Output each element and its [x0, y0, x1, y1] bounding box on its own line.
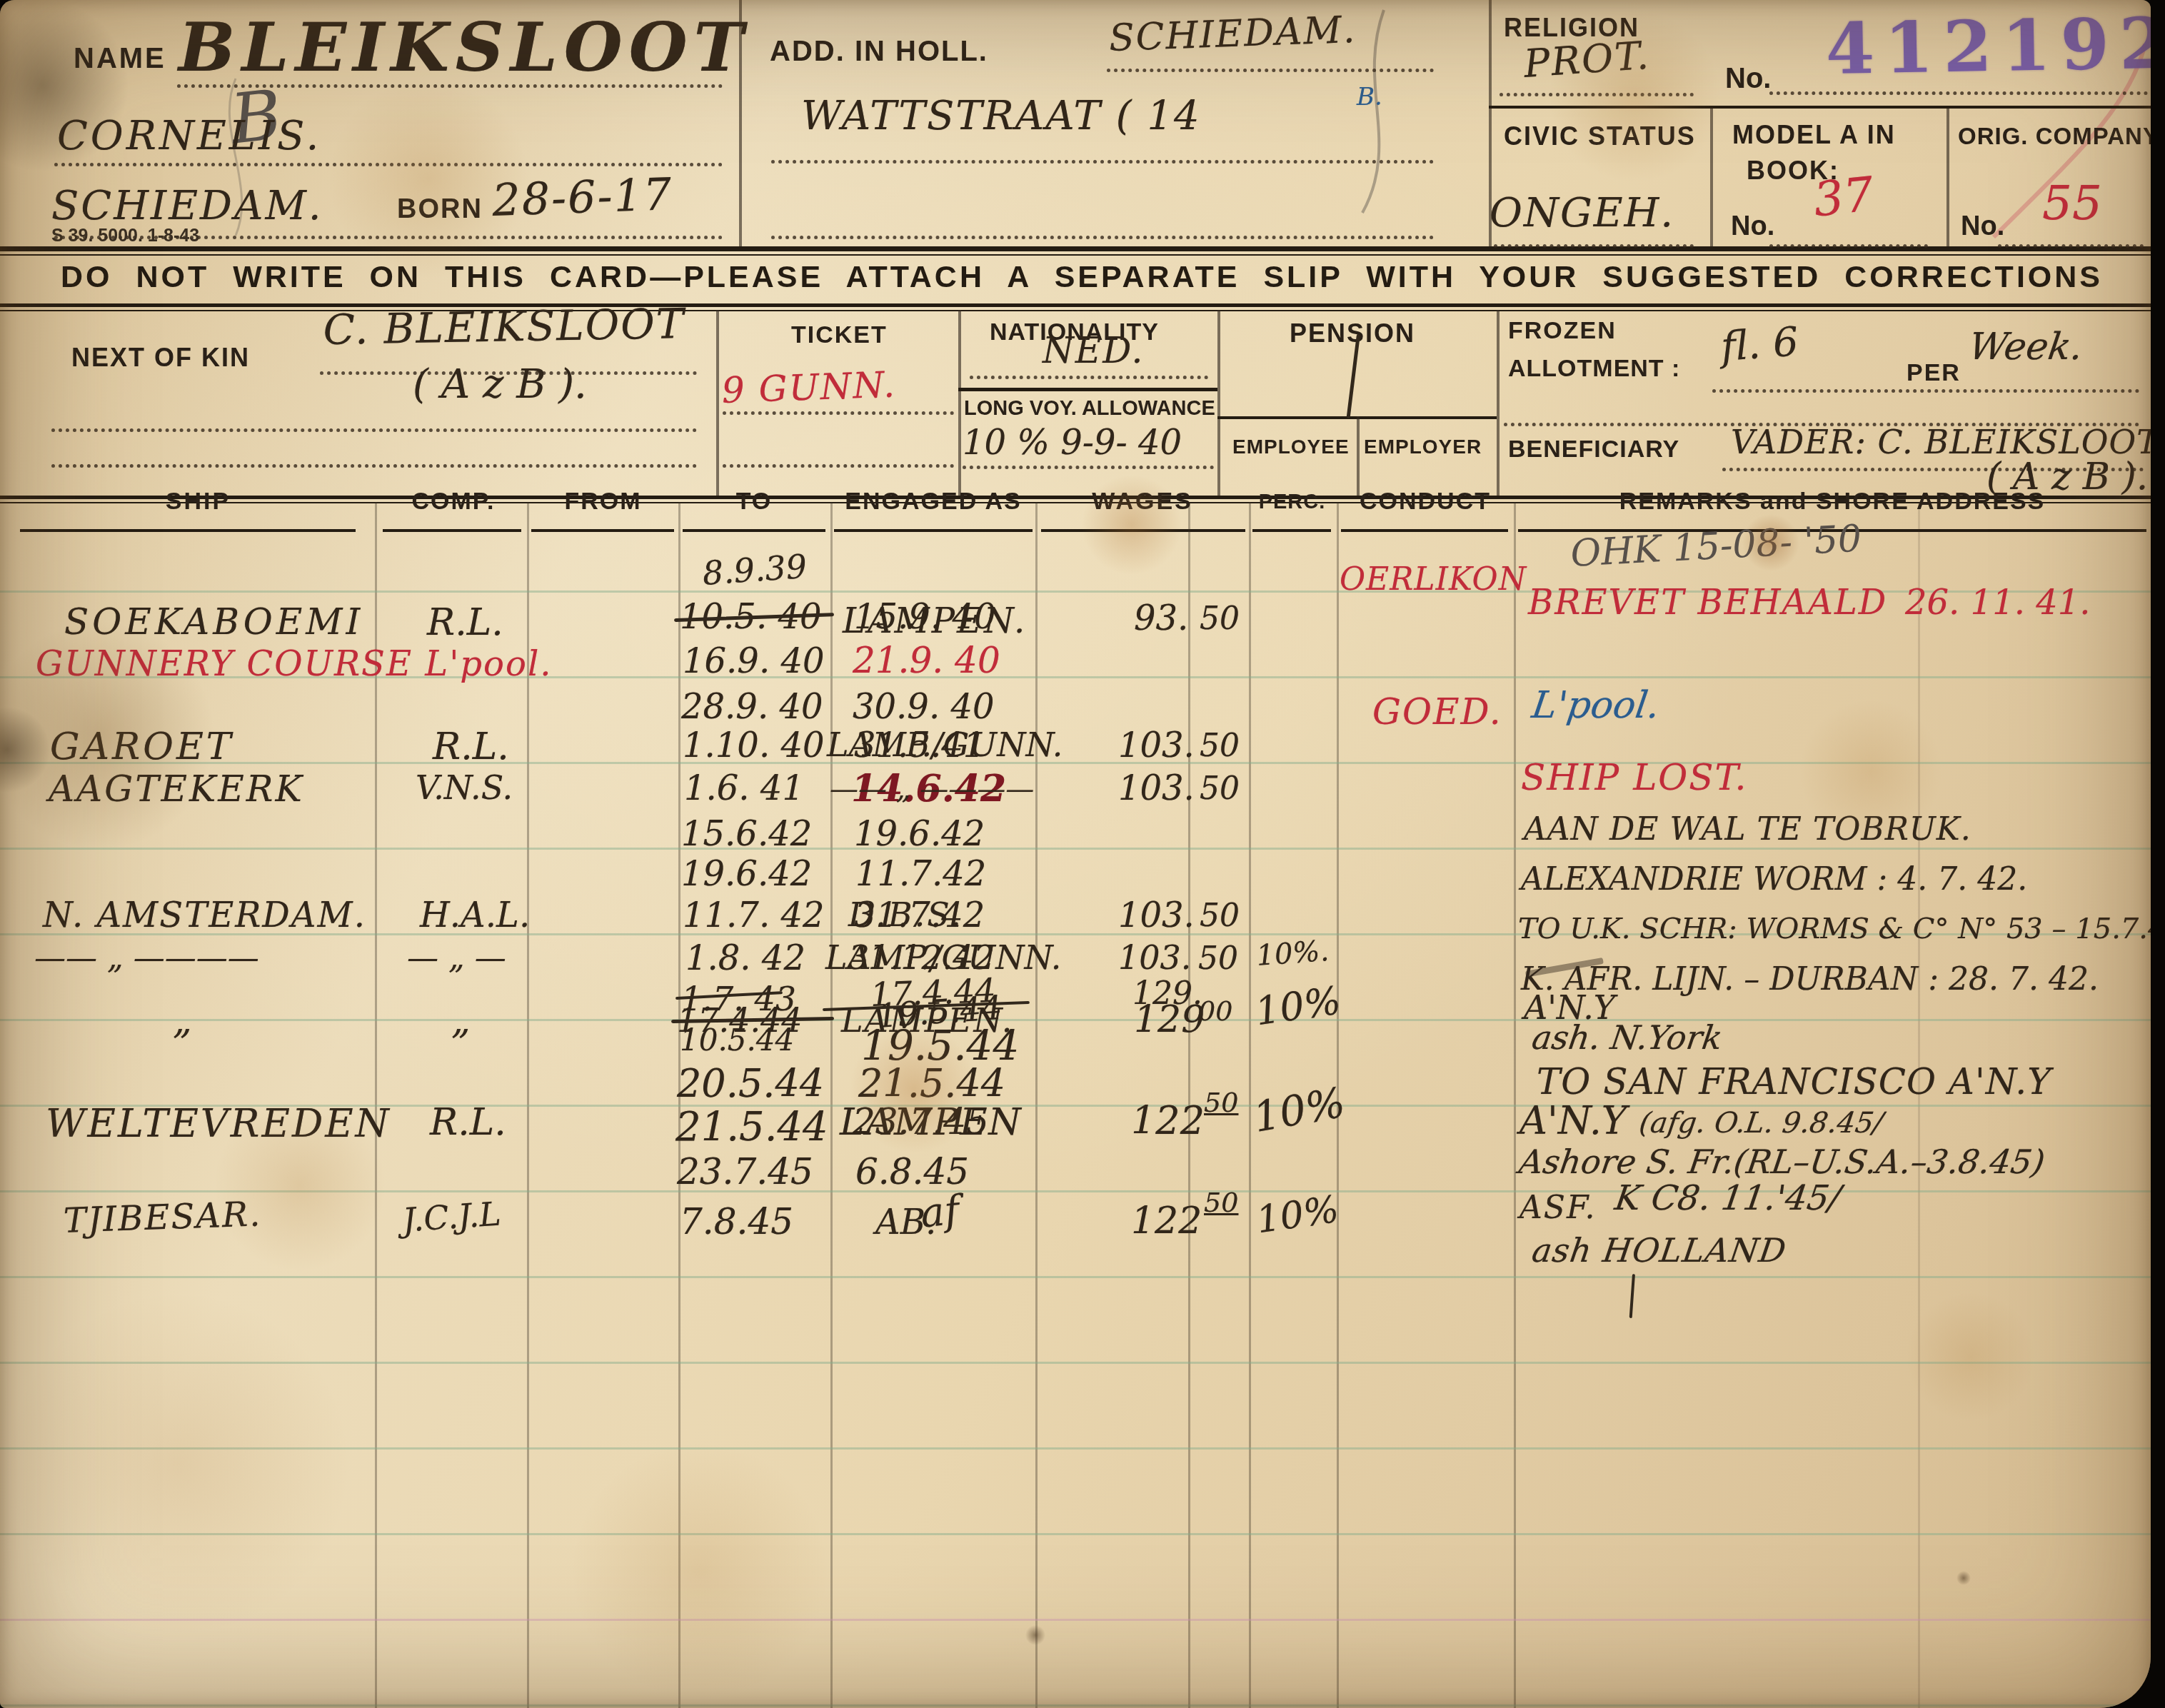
handwritten-entry: ASF.	[1519, 1190, 1597, 1226]
handwritten-entry: 19.6.42	[681, 854, 812, 894]
printed-label: No.	[1961, 211, 2004, 242]
handwritten-entry: 26. 11. 41.	[1905, 583, 2091, 623]
handwritten-entry: 10%.	[1255, 935, 1330, 973]
printed-label: ADD. IN HOLL.	[770, 36, 988, 68]
printed-label: FROM	[530, 488, 676, 516]
handwritten-entry: H.A.L.	[420, 895, 530, 935]
handwritten-entry: 1.10. 40	[683, 725, 824, 765]
handwritten-entry: SCHIEDAM.	[1108, 9, 1357, 60]
ruled-line	[0, 1019, 2151, 1021]
record-card: DO NOT WRITE ON THIS CARD—PLEASE ATTACH …	[0, 0, 2151, 1708]
paper-stain	[1907, 1292, 2035, 1421]
printed-label: No.	[1725, 63, 1771, 95]
handwritten-entry: „	[451, 1000, 471, 1043]
dotted-writing-line	[51, 464, 697, 468]
printed-label: MODEL A IN	[1732, 120, 1896, 150]
handwritten-entry: 50	[1198, 940, 1238, 977]
handwritten-entry: LAMP./GUNN.	[827, 725, 1063, 764]
handwritten-entry: C. BLEIKSLOOT	[323, 299, 685, 354]
column-line	[1947, 106, 1949, 246]
rule-line	[531, 529, 674, 532]
handwritten-entry: 00	[1198, 995, 1232, 1027]
paper-stain	[1742, 514, 1799, 571]
rule-line	[1341, 529, 1508, 532]
handwritten-entry: 93.	[1134, 598, 1188, 638]
ruled-line	[0, 848, 2151, 850]
handwritten-entry: R.L.	[433, 725, 509, 768]
paper-stain	[1549, 11, 1721, 182]
handwritten-entry: 103.	[1118, 895, 1195, 935]
dotted-writing-line	[51, 428, 697, 432]
handwritten-entry: —— „ ————	[34, 940, 259, 976]
handwritten-entry: 412192	[1825, 2, 2151, 91]
handwritten-entry: 50	[1204, 1187, 1238, 1218]
column-line	[1217, 310, 1220, 496]
rule-line	[683, 529, 825, 532]
printed-label: TO	[680, 488, 828, 516]
handwritten-entry: TO SAN FRANCISCO A'N.Y	[1537, 1061, 2051, 1102]
printed-label: CONDUCT	[1340, 488, 1511, 516]
scanned-card-photo: DO NOT WRITE ON THIS CARD—PLEASE ATTACH …	[0, 0, 2165, 1708]
handwritten-entry: ONGEH.	[1490, 190, 1674, 236]
handwritten-entry: N. AMSTERDAM.	[43, 895, 366, 935]
ruled-line	[0, 1619, 2151, 1621]
handwritten-entry: WATTSTRAAT ( 14	[801, 93, 1201, 139]
paper-stain	[1956, 1571, 1971, 1585]
printed-label: No.	[1731, 211, 1774, 242]
dotted-writing-line	[1769, 244, 1928, 248]
handwritten-entry: 50	[1204, 1087, 1238, 1118]
handwritten-entry: 37	[1811, 166, 1877, 227]
printed-label: ORIG. COMPANY	[1958, 123, 2151, 150]
handwritten-entry: 21.5.44	[675, 1104, 828, 1150]
handwritten-entry: 20.5.44	[677, 1061, 824, 1106]
handwritten-entry: 6.8.45	[855, 1151, 969, 1192]
column-line	[1357, 416, 1360, 496]
dotted-writing-line	[1998, 244, 2144, 248]
printed-label: COMP.	[382, 488, 525, 516]
rule-line	[958, 388, 1217, 391]
handwritten-entry: 1.6. 41	[684, 768, 804, 808]
handwritten-entry: 10.5.44	[680, 1023, 794, 1058]
handwritten-entry: K C8. 11.'45/	[1612, 1178, 1844, 1218]
printed-label: NEXT OF KIN	[71, 343, 250, 373]
handwritten-entry: 19.6.42	[854, 814, 985, 854]
handwritten-entry: Ashore S. Fr.(RL–U.S.A.–3.8.45)	[1517, 1142, 2047, 1181]
handwritten-entry: 11.7. 42	[683, 895, 824, 935]
printed-label: SHIP	[21, 488, 375, 516]
pencil-curve	[1362, 10, 1384, 213]
paper-stain	[1799, 700, 1942, 843]
handwritten-entry: A'N.Y	[1519, 1098, 1627, 1143]
printed-label: EMPLOYEE	[1232, 436, 1350, 458]
column-line	[716, 310, 719, 496]
printed-label: TICKET	[791, 321, 888, 349]
handwritten-entry: ash. N.York	[1529, 1018, 1724, 1057]
ruled-line	[0, 1362, 2151, 1364]
handwritten-entry: J.C.J.L	[401, 1194, 502, 1239]
rule-line	[1252, 529, 1331, 532]
handwritten-entry: ash HOLLAND	[1529, 1231, 1789, 1270]
printed-label: ENGAGED AS	[834, 488, 1033, 516]
handwritten-entry: 122	[1131, 1200, 1202, 1242]
handwritten-entry: 129	[1134, 998, 1205, 1041]
dotted-writing-line	[963, 466, 1214, 469]
handwritten-entry: 55	[2042, 176, 2102, 231]
handwritten-entry: Week.	[1966, 326, 2086, 368]
dotted-writing-line	[723, 411, 954, 415]
handwritten-entry: 16.9. 40	[683, 641, 824, 681]
dotted-writing-line	[771, 160, 1434, 164]
handwritten-entry: AB.	[875, 1202, 936, 1242]
dotted-writing-line	[723, 464, 954, 468]
handwritten-entry: TO U.K. SCHR: WORMS & C° N° 53 – 15.7.42	[1518, 913, 2151, 945]
handwritten-entry: R.L.	[427, 601, 503, 644]
handwritten-entry: 9 GUNN.	[721, 363, 897, 411]
handwritten-entry: SCHIEDAM.	[51, 183, 323, 229]
ruled-line	[0, 1276, 2151, 1278]
handwritten-entry: B.	[1357, 83, 1382, 111]
handwritten-entry: 30.9. 40	[853, 687, 994, 727]
printed-label: PERC.	[1251, 491, 1333, 514]
paper-stain	[328, 79, 528, 278]
column-line	[958, 310, 961, 496]
handwritten-entry: 7.8.45	[680, 1201, 793, 1242]
ruled-line	[0, 1704, 2151, 1707]
handwritten-entry: ALEXANDRIE WORM : 4. 7. 42.	[1521, 861, 2027, 898]
handwritten-entry: L'pool.	[1529, 684, 1662, 727]
handwritten-entry: OERLIKON	[1340, 561, 1527, 598]
handwritten-entry: fl. 6	[1719, 318, 1800, 370]
dotted-writing-line	[1494, 244, 1694, 248]
printed-label: PER	[1907, 359, 1961, 387]
handwritten-entry: 1.8. 42	[685, 938, 805, 978]
handwritten-entry: 23.7.45	[677, 1151, 813, 1192]
paper-stain	[214, 1100, 386, 1271]
handwritten-entry: 103.	[1118, 768, 1195, 808]
handwritten-entry: 28.9. 40	[681, 687, 823, 727]
printed-label: LONG VOY. ALLOWANCE	[964, 397, 1215, 421]
handwritten-entry: ( A z B ).	[413, 361, 587, 408]
handwritten-entry: 21.9. 40	[853, 640, 1000, 681]
paper-stain	[1082, 475, 1182, 575]
handwritten-entry: 103.	[1118, 938, 1191, 977]
handwritten-entry: LAMP./GUNN.	[825, 938, 1061, 977]
paper-stain	[1025, 1625, 1045, 1645]
handwritten-entry: BREVET BEHAALD	[1528, 583, 1887, 623]
handwritten-entry: 50	[1200, 898, 1240, 934]
dotted-writing-line	[1769, 91, 2148, 95]
rule-line	[0, 254, 2151, 256]
printed-label: EMPLOYER	[1364, 436, 1482, 458]
handwritten-entry: 15.6.42	[681, 814, 812, 854]
handwritten-entry: R.L.	[430, 1101, 506, 1144]
printed-label: FROZEN	[1508, 317, 1617, 345]
dotted-writing-line	[771, 236, 1434, 239]
rule-line	[20, 529, 356, 532]
dotted-writing-line	[1712, 389, 2139, 393]
handwritten-entry: D.B.S.	[848, 895, 963, 934]
handwritten-entry: 50	[1200, 728, 1240, 764]
printed-label: ALLOTMENT :	[1508, 355, 1680, 383]
handwritten-entry: 50	[1200, 770, 1240, 807]
handwritten-entry: 10 % 9-9- 40	[963, 423, 1182, 463]
rule-line	[834, 529, 1033, 532]
paper-stain	[850, 1025, 978, 1153]
dotted-writing-line	[970, 376, 1208, 379]
handwritten-entry: 8.9.39	[701, 547, 808, 593]
printed-label: BENEFICIARY	[1508, 436, 1679, 463]
handwritten-entry: NED.	[1043, 330, 1144, 371]
dotted-writing-line	[1107, 69, 1434, 72]
handwritten-entry: 122	[1131, 1098, 1205, 1143]
handwritten-entry: GOED.	[1372, 691, 1502, 733]
handwritten-entry: —— „ ————	[830, 773, 1034, 805]
handwritten-entry: 11.7.42	[855, 854, 986, 894]
column-line	[1497, 310, 1500, 496]
handwritten-entry: (afg. O.L. 9.8.45/	[1637, 1107, 1886, 1140]
handwritten-entry: V.N.S.	[416, 768, 513, 807]
handwritten-entry: „	[173, 1000, 192, 1043]
handwritten-entry: SHIP LOST.	[1521, 757, 1748, 798]
paper-stain	[7, 1292, 350, 1635]
handwritten-entry: — „ —	[407, 940, 506, 976]
handwritten-entry: 103.	[1118, 725, 1195, 765]
handwritten-entry: LAMPEN.	[843, 601, 1027, 641]
printed-label: PENSION	[1290, 318, 1415, 348]
paper-stain	[571, 1442, 828, 1699]
rule-line	[383, 529, 521, 532]
handwritten-entry: ( A z B ).	[1986, 456, 2148, 498]
handwritten-entry: 50	[1200, 601, 1240, 637]
